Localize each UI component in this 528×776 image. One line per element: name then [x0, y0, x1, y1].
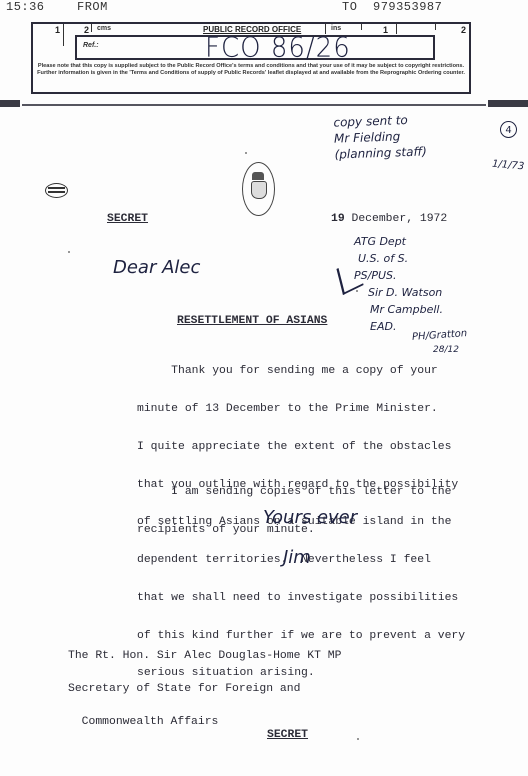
pro-notice: Please note that this copy is supplied s… — [37, 63, 465, 78]
punch-hole-icon — [45, 183, 68, 198]
signoff-name: Jim — [283, 538, 357, 578]
distribution-item: ATG Dept — [354, 233, 443, 250]
ruler-tick — [91, 24, 92, 32]
date-rest: December, 1972 — [345, 213, 448, 225]
shield-icon — [251, 181, 267, 199]
crown-icon — [252, 172, 264, 180]
speckle — [356, 290, 358, 292]
reference-box: Ref.: FCO 86/26 — [75, 35, 435, 60]
signature: Yours ever Jim — [263, 498, 357, 578]
speckle — [245, 152, 247, 154]
scan-block — [0, 100, 20, 107]
ruler-cm-label: cms — [97, 25, 111, 32]
hole-line — [48, 187, 65, 189]
distribution-item: Sir D. Watson — [368, 284, 443, 301]
ruler-tick — [361, 24, 362, 30]
fax-time: 15:36 — [6, 0, 45, 14]
distribution-item: U.S. of S. — [358, 250, 443, 267]
scan-line — [22, 104, 486, 106]
ruler-in-label: ins — [331, 25, 341, 32]
ref-value: FCO 86/26 — [205, 32, 351, 64]
ruler-tick — [396, 24, 397, 34]
text-line: I am sending copies of this letter to th… — [137, 486, 451, 499]
distribution-item: PS/PUS. — [354, 267, 443, 284]
ruler-cm-2: 2 — [84, 25, 89, 35]
hole-line — [48, 191, 65, 193]
addressee-line: Secretary of State for Foreign and — [68, 684, 341, 695]
addressee-line: Commonwealth Affairs — [68, 717, 341, 728]
ruler-in-2: 2 — [461, 25, 466, 35]
circled-number: 4 — [500, 121, 517, 138]
classification-top: SECRET — [107, 213, 148, 225]
distribution-item: Mr Campbell. — [370, 301, 443, 318]
ruler-cm-1: 1 — [55, 25, 60, 35]
ruler-tick — [63, 24, 64, 46]
lord-president-crest-icon — [242, 162, 275, 216]
speckle — [68, 251, 70, 253]
distribution-list: ATG Dept U.S. of S. PS/PUS. Sir D. Watso… — [350, 233, 443, 335]
letter-date: 19 December, 1972 — [331, 213, 447, 225]
text-line: I quite appreciate the extent of the obs… — [137, 441, 465, 454]
speckle — [357, 738, 359, 740]
signoff-line: Yours ever — [263, 498, 357, 538]
letter-subject: RESETTLEMENT OF ASIANS — [177, 315, 327, 327]
fax-to-number: 979353987 — [373, 0, 442, 14]
handwritten-copy-note: copy sent to Mr Fielding (planning staff… — [333, 109, 485, 162]
ruler-tick — [435, 24, 436, 30]
public-record-office-box: 1 2 cms PUBLIC RECORD OFFICE ins 1 2 Ref… — [31, 22, 471, 94]
fax-header: 15:36 FROM TO 979353987 — [0, 0, 528, 16]
ref-label: Ref.: — [83, 42, 99, 49]
text-line: that we shall need to investigate possib… — [137, 592, 465, 605]
addressee: The Rt. Hon. Sir Alec Douglas-Home KT MP… — [68, 629, 341, 739]
fax-from-label: FROM — [77, 0, 108, 14]
salutation: Dear Alec — [113, 257, 200, 278]
date-day: 19 — [331, 213, 345, 225]
classification-bottom: SECRET — [267, 729, 308, 741]
scan-block — [488, 100, 528, 107]
scan-strip — [0, 100, 528, 107]
fax-to-label: TO — [342, 0, 357, 14]
text-line: minute of 13 December to the Prime Minis… — [137, 403, 465, 416]
ruler-in-1: 1 — [383, 25, 388, 35]
text-line: Thank you for sending me a copy of your — [137, 365, 465, 378]
addressee-line: The Rt. Hon. Sir Alec Douglas-Home KT MP — [68, 651, 341, 662]
copy-note-date: 1/1/73 — [492, 159, 525, 173]
